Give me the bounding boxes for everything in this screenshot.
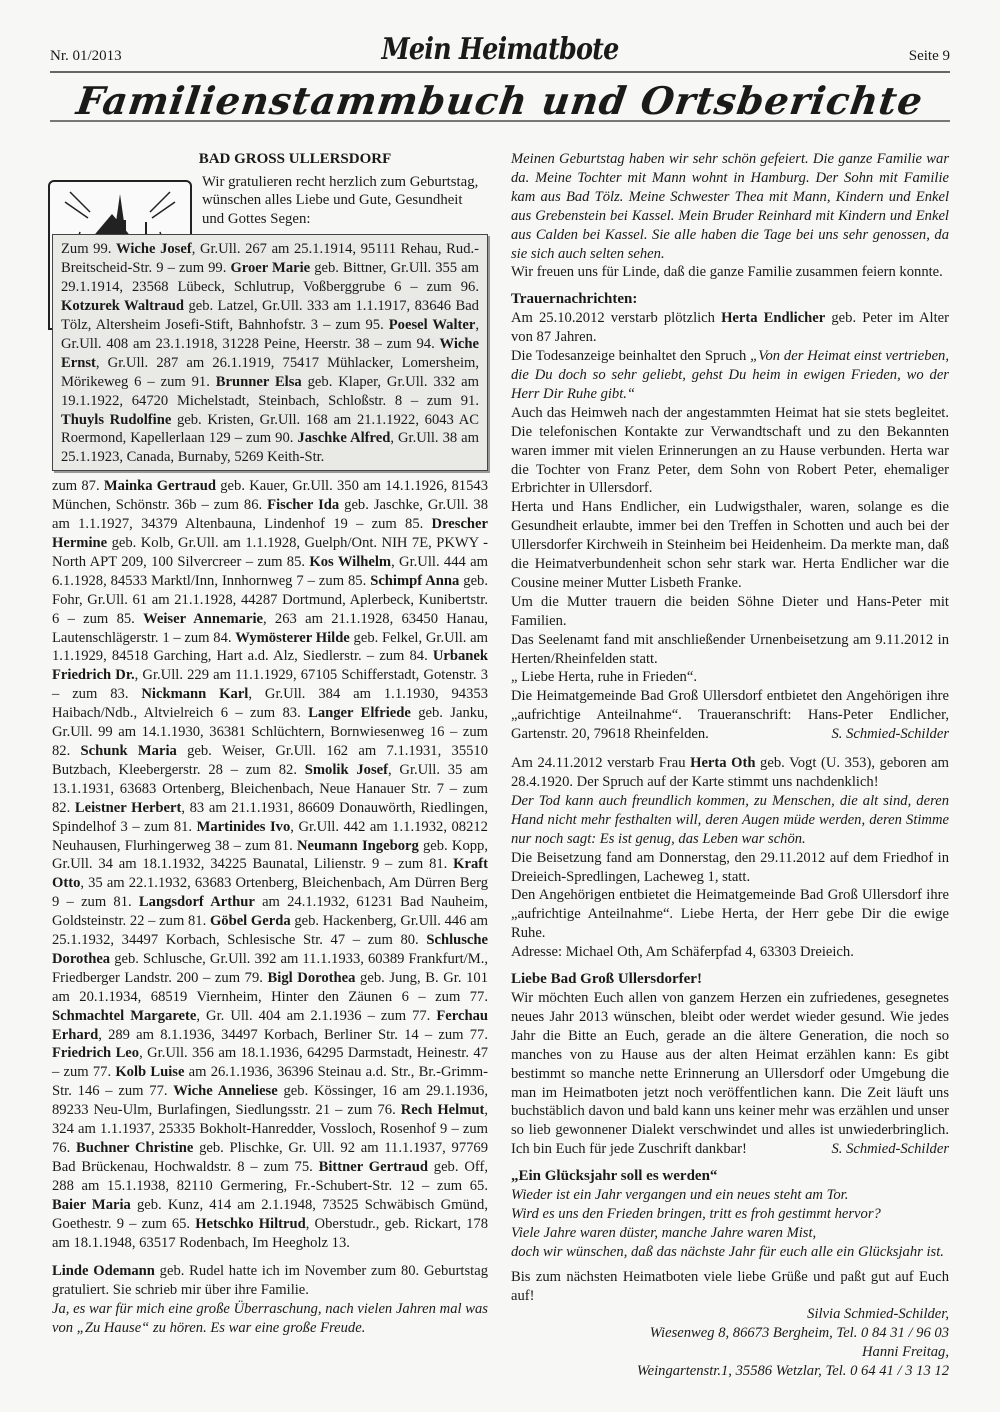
endlicher-p5: „ Liebe Herta, ruhe in Frieden“.	[511, 668, 949, 687]
poem-heading: „Ein Glücksjahr soll es werden“	[511, 1167, 949, 1186]
person-name: Langsdorf Arthur	[139, 894, 255, 910]
endlicher-p6: Die Heimatgemeinde Bad Groß Ullersdorf e…	[511, 687, 949, 744]
person-name: Brunner Elsa	[216, 374, 302, 390]
person-name: Linde Odemann	[52, 1263, 155, 1279]
person-name: Friedrich Leo	[52, 1045, 139, 1061]
person-name: Jaschke Alfred	[297, 430, 390, 446]
birthday-box: Zum 99. Wiche Josef, Gr.Ull. 267 am 25.1…	[52, 234, 488, 471]
endlicher-p4: Das Seelenamt fand mit anschließender Ur…	[511, 631, 949, 669]
person-name: Groer Marie	[230, 260, 310, 276]
person-name: Wiche Anneliese	[173, 1083, 277, 1099]
oth-notice: Am 24.11.2012 verstarb Frau Herta Oth ge…	[511, 754, 949, 792]
contact-line: Wiesenweg 8, 86673 Bergheim, Tel. 0 84 3…	[511, 1324, 949, 1343]
signature: S. Schmied-Schilder	[831, 1140, 949, 1159]
person-name: Kos Wilhelm	[309, 554, 391, 570]
endlicher-spruch: Die Todesanzeige beinhaltet den Spruch „…	[511, 347, 949, 404]
mourning-heading: Trauernachrichten:	[511, 290, 949, 309]
contact-line: Hanni Freitag,	[511, 1343, 949, 1362]
person-name: Poesel Walter	[389, 317, 476, 333]
person-name: Neumann Ingeborg	[297, 838, 419, 854]
left-column: BAD GROSS ULLERSDORF	[52, 150, 488, 1338]
person-name: Wymösterer Hilde	[235, 630, 350, 646]
person-name: Martinides Ivo	[197, 819, 291, 835]
person-name: Leistner Herbert	[75, 800, 181, 816]
birthday-list: zum 87. Mainka Gertraud geb. Kauer, Gr.U…	[52, 477, 488, 1252]
person-name: Thuyls Rudolfine	[61, 412, 171, 428]
birthday-list-boxed: Zum 99. Wiche Josef, Gr.Ull. 267 am 25.1…	[61, 240, 479, 467]
person-name: Hetschko Hiltrud	[195, 1216, 306, 1232]
person-name: Schmachtel Margarete	[52, 1008, 196, 1024]
person-name: Kotzurek Waltraud	[61, 298, 184, 314]
oth-address: Adresse: Michael Oth, Am Schäferpfad 4, …	[511, 943, 949, 962]
right-column: Meinen Geburtstag haben wir sehr schön g…	[511, 150, 949, 1381]
issue-number: Nr. 01/2013	[50, 48, 122, 65]
poem-line: Viele Jahre waren düster, manche Jahre w…	[511, 1224, 949, 1243]
linde-closing: Wir freuen uns für Linde, daß die ganze …	[511, 263, 949, 282]
letter-body: Wir möchten Euch allen von ganzem Herzen…	[511, 989, 949, 1159]
person-name: Schimpf Anna	[370, 573, 459, 589]
person-name: Schunk Maria	[81, 743, 177, 759]
contact-line: Weingartenstr.1, 35586 Wetzlar, Tel. 0 6…	[511, 1362, 949, 1381]
person-name: Fischer Ida	[267, 497, 339, 513]
person-name: Nickmann Karl	[141, 686, 248, 702]
contact-line: Silvia Schmied-Schilder,	[511, 1305, 949, 1324]
endlicher-p1: Auch das Heimweh nach der angestammten H…	[511, 404, 949, 499]
person-name: Kolb Luise	[115, 1064, 184, 1080]
person-name: Göbel Gerda	[210, 913, 291, 929]
endlicher-p3: Um die Mutter trauern die beiden Söhne D…	[511, 593, 949, 631]
linde-intro: Linde Odemann geb. Rudel hatte ich im No…	[52, 1262, 488, 1300]
closing-text: Bis zum nächsten Heimatboten viele liebe…	[511, 1268, 949, 1306]
person-name: Weiser Annemarie	[143, 611, 263, 627]
signature: S. Schmied-Schilder	[831, 725, 949, 744]
masthead-logo: Mein Heimatbote	[118, 32, 883, 67]
person-name: Rech Helmut	[401, 1102, 485, 1118]
greeting-intro: Wir gratulieren recht herzlich zum Gebur…	[202, 173, 488, 229]
person-name: Baier Maria	[52, 1197, 131, 1213]
location-title: BAD GROSS ULLERSDORF	[102, 150, 488, 169]
header-rule	[50, 71, 950, 73]
poem-line: Wieder ist ein Jahr vergangen und ein ne…	[511, 1186, 949, 1205]
person-name: Langer Elfriede	[308, 705, 411, 721]
poem-line: Wird es uns den Frieden bringen, tritt e…	[511, 1205, 949, 1224]
page-number: Seite 9	[909, 48, 950, 65]
letter-heading: Liebe Bad Groß Ullersdorfer!	[511, 970, 949, 989]
endlicher-p2: Herta und Hans Endlicher, ein Ludwigstha…	[511, 498, 949, 593]
linde-quote-cont: Meinen Geburtstag haben wir sehr schön g…	[511, 150, 949, 263]
poem-line: doch wir wünschen, daß das nächste Jahr …	[511, 1243, 949, 1262]
person-name: Mainka Gertraud	[104, 478, 216, 494]
oth-p1: Die Beisetzung fand am Donnerstag, den 2…	[511, 849, 949, 887]
page-header: Nr. 01/2013 Mein Heimatbote Seite 9	[50, 40, 950, 70]
oth-quote: Der Tod kann auch freundlich kommen, zu …	[511, 792, 949, 849]
person-name: Wiche Josef	[116, 241, 192, 257]
oth-p2: Den Angehörigen entbietet die Heimatgeme…	[511, 886, 949, 943]
title-rule	[50, 120, 950, 122]
person-name: Bittner Gertraud	[319, 1159, 428, 1175]
person-name: Smolik Josef	[305, 762, 388, 778]
linde-quote: Ja, es war für mich eine große Überrasch…	[52, 1300, 488, 1338]
section-title: Familienstammbuch und Ortsberichte	[0, 78, 1000, 123]
person-name: Buchner Christine	[76, 1140, 193, 1156]
person-name: Bigl Dorothea	[268, 970, 356, 986]
endlicher-notice: Am 25.10.2012 verstarb plötzlich Herta E…	[511, 309, 949, 347]
